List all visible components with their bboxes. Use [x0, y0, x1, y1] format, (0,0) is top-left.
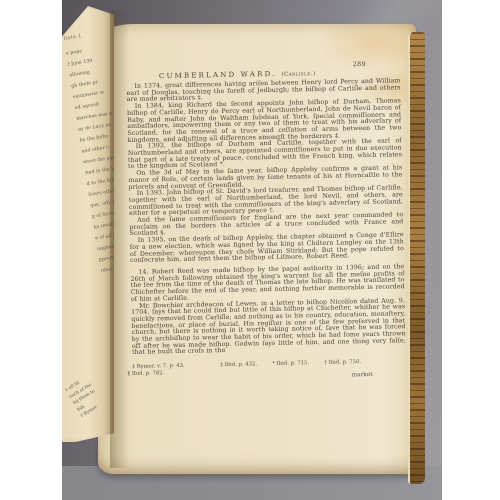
- page-title: CUMBERLAND WARD.: [159, 70, 277, 80]
- book-left-page-curled: lisle.] e pope f June 139 ollowing gh th…: [62, 6, 114, 442]
- footnote: † Ibid. p. 750.: [324, 359, 361, 366]
- body-text: In 1374, great differences having ariſen…: [126, 78, 406, 357]
- catchword: market: [352, 372, 373, 378]
- book-fore-edge: [408, 32, 425, 484]
- footnote: ‡ Ibid. p. 432.: [220, 361, 257, 368]
- printed-page-content: CUMBERLAND WARD.(Carlisle.) 289 In 1374,…: [126, 58, 407, 388]
- book-photograph: lisle.] e pope f June 139 ollowing gh th…: [62, 0, 442, 500]
- footnote: § Ibid. p. 782.: [127, 370, 164, 377]
- page-title-section: (Carlisle.): [281, 71, 315, 78]
- body-paragraph: In 1395, on the death of biſhop Appleby,…: [130, 232, 405, 265]
- body-paragraph: In 1384, king Richard the ſecond appoint…: [127, 98, 402, 144]
- footnote: * Ibid. p. 715.: [272, 360, 309, 367]
- body-paragraph: Mr. Bowchier archdeacon of Lewes, in a l…: [131, 298, 406, 357]
- page-number: 289: [353, 60, 367, 68]
